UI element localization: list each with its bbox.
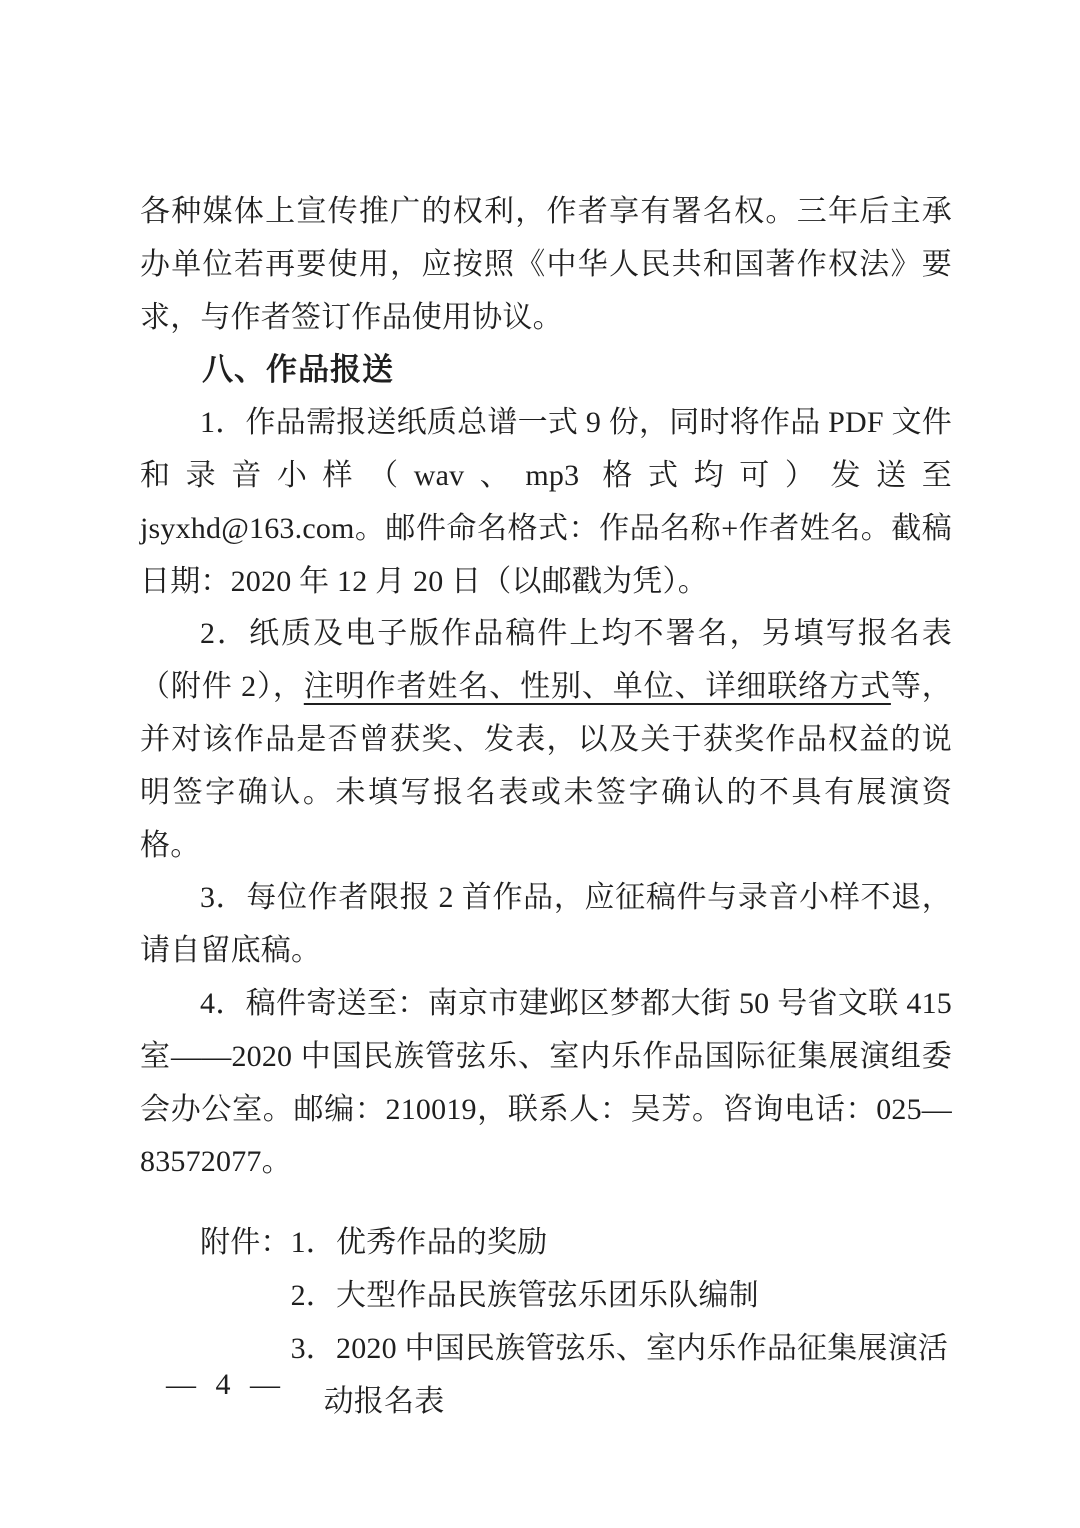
page-number: — 4 —: [166, 1368, 286, 1402]
document-content: 各种媒体上宣传推广的权利，作者享有署名权。三年后主承办单位若再要使用，应按照《中…: [140, 0, 952, 1428]
attachment-item-3: 3．2020 中国民族管弦乐、室内乐作品征集展演活动报名表: [291, 1323, 952, 1429]
attachments-label: 附件：: [200, 1217, 291, 1270]
submission-item-2-underlined-text: 注明作者姓名、性别、单位、详细联络方式: [304, 670, 891, 703]
section-heading: 八、作品报送: [202, 344, 952, 397]
submission-item-4: 4．稿件寄送至：南京市建邺区梦都大街 50 号省文联 415 室——2020 中…: [140, 978, 952, 1189]
submission-item-3: 3．每位作者限报 2 首作品，应征稿件与录音小样不退，请自留底稿。: [140, 872, 952, 978]
attachment-item-2: 2．大型作品民族管弦乐团乐队编制: [291, 1270, 952, 1323]
attachment-item-1: 1．优秀作品的奖励: [291, 1217, 952, 1270]
attachments-list: 1．优秀作品的奖励 2．大型作品民族管弦乐团乐队编制 3．2020 中国民族管弦…: [291, 1217, 952, 1428]
submission-item-2: 2．纸质及电子版作品稿件上均不署名，另填写报名表（附件 2），注明作者姓名、性别…: [140, 608, 952, 872]
submission-item-1: 1．作品需报送纸质总谱一式 9 份，同时将作品 PDF 文件和录音小样（wav、…: [140, 397, 952, 608]
intro-paragraph: 各种媒体上宣传推广的权利，作者享有署名权。三年后主承办单位若再要使用，应按照《中…: [140, 186, 952, 344]
document-page: 各种媒体上宣传推广的权利，作者享有署名权。三年后主承办单位若再要使用，应按照《中…: [0, 0, 1080, 1528]
